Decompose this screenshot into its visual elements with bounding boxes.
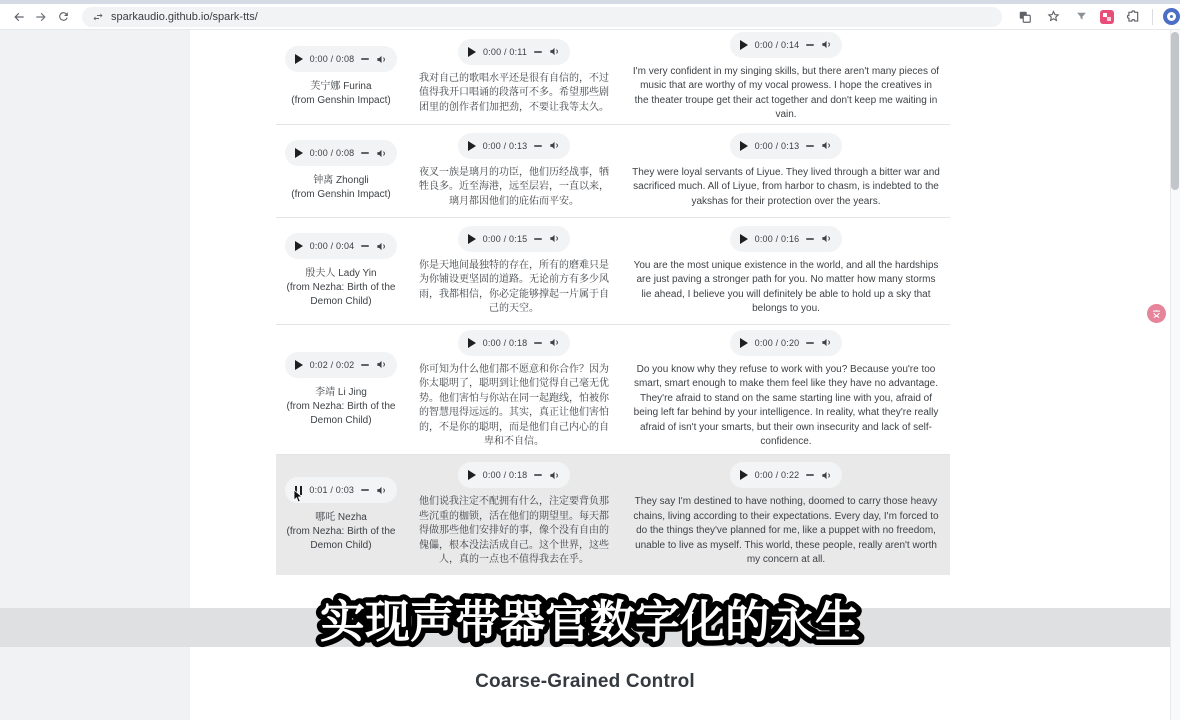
- play-icon[interactable]: [740, 470, 748, 480]
- english-sample-text: They were loyal servants of Liyue. They …: [632, 166, 940, 210]
- english-audio-player[interactable]: 0:00 / 0:22: [730, 462, 843, 488]
- volume-icon[interactable]: [376, 485, 387, 496]
- player-time: 0:00 / 0:18: [483, 470, 528, 480]
- speaker-name: 芙宁娜 Furina: [291, 80, 390, 94]
- bookmark-star-icon[interactable]: [1044, 8, 1062, 26]
- browser-chrome: sparkaudio.github.io/spark-tts/: [0, 0, 1180, 30]
- mouse-cursor: [293, 490, 304, 508]
- reload-icon: [57, 10, 70, 23]
- seek-bar[interactable]: [361, 364, 369, 366]
- page-viewport: 0:00 / 0:08 芙宁娜 Furina (from Genshin Imp…: [0, 30, 1180, 720]
- site-info-icon[interactable]: [92, 11, 104, 23]
- reference-audio-player[interactable]: 0:01 / 0:03: [285, 477, 397, 503]
- seek-bar[interactable]: [806, 474, 814, 476]
- volume-icon[interactable]: [821, 337, 832, 348]
- english-audio-player[interactable]: 0:00 / 0:16: [730, 226, 843, 252]
- play-icon[interactable]: [468, 338, 476, 348]
- speaker-name: 李靖 Li Jing: [286, 386, 396, 400]
- chinese-sample-text: 你是天地间最独特的存在，所有的磨难只是为你铺设更坚固的道路。无论前方有多少风雨，…: [416, 259, 612, 317]
- volume-icon[interactable]: [821, 233, 832, 244]
- back-button[interactable]: [8, 6, 30, 28]
- seek-bar[interactable]: [806, 44, 814, 46]
- play-icon[interactable]: [295, 241, 303, 251]
- seek-bar[interactable]: [534, 238, 542, 240]
- player-time: 0:00 / 0:16: [755, 234, 800, 244]
- english-audio-player[interactable]: 0:00 / 0:20: [730, 330, 843, 356]
- player-time: 0:00 / 0:04: [310, 241, 355, 251]
- player-time: 0:00 / 0:13: [755, 141, 800, 151]
- toolbar-right-cluster: [1016, 8, 1180, 26]
- scrollbar-thumb[interactable]: [1171, 32, 1179, 190]
- player-time: 0:00 / 0:14: [755, 40, 800, 50]
- player-time: 0:00 / 0:22: [755, 470, 800, 480]
- table-row: 0:00 / 0:08 芙宁娜 Furina (from Genshin Imp…: [276, 30, 950, 125]
- seek-bar[interactable]: [361, 245, 369, 247]
- volume-icon[interactable]: [821, 470, 832, 481]
- speaker-name: 殷夫人 Lady Yin: [286, 267, 396, 281]
- volume-icon[interactable]: [376, 241, 387, 252]
- volume-icon[interactable]: [376, 148, 387, 159]
- table-row: 0:02 / 0:02 李靖 Li Jing (from Nezha: Birt…: [276, 325, 950, 455]
- voice-cloning-section: 0:00 / 0:08 芙宁娜 Furina (from Genshin Imp…: [190, 30, 1170, 608]
- translate-float-badge[interactable]: [1147, 304, 1166, 323]
- coarse-grained-section: Coarse-Grained Control: [190, 647, 1170, 720]
- chinese-audio-player[interactable]: 0:00 / 0:15: [458, 226, 571, 252]
- play-icon[interactable]: [295, 54, 303, 64]
- seek-bar[interactable]: [361, 58, 369, 60]
- player-time: 0:01 / 0:03: [309, 485, 354, 495]
- table-row: 0:01 / 0:03 哪吒 Nezha (from Nezha: Birth …: [276, 455, 950, 575]
- player-time: 0:00 / 0:15: [483, 234, 528, 244]
- english-sample-text: Do you know why they refuse to work with…: [632, 363, 940, 450]
- translate-icon[interactable]: [1016, 8, 1034, 26]
- forward-arrow-icon: [34, 10, 48, 24]
- chinese-audio-player[interactable]: 0:00 / 0:11: [458, 39, 570, 65]
- seek-bar[interactable]: [534, 51, 542, 53]
- volume-icon[interactable]: [821, 39, 832, 50]
- browser-toolbar: sparkaudio.github.io/spark-tts/: [0, 4, 1180, 30]
- translate-glyph-icon: [1151, 308, 1162, 319]
- seek-bar[interactable]: [534, 342, 542, 344]
- forward-button[interactable]: [30, 6, 52, 28]
- volume-icon[interactable]: [376, 54, 387, 65]
- chinese-sample-text: 他们说我注定不配拥有什么，注定要背负那些沉重的枷锁，活在他们的期望里。每天都得做…: [416, 495, 612, 568]
- play-icon[interactable]: [740, 234, 748, 244]
- speaker-origin: (from Genshin Impact): [291, 188, 390, 202]
- pink-extension-icon[interactable]: [1100, 10, 1114, 24]
- chinese-audio-player[interactable]: 0:00 / 0:13: [458, 133, 571, 159]
- seek-bar[interactable]: [361, 152, 369, 154]
- play-icon[interactable]: [740, 141, 748, 151]
- seek-bar[interactable]: [534, 145, 542, 147]
- speaker-origin: (from Genshin Impact): [291, 94, 390, 108]
- reference-audio-player[interactable]: 0:00 / 0:04: [285, 233, 398, 259]
- volume-icon[interactable]: [549, 46, 560, 57]
- section-heading: Coarse-Grained Control: [190, 671, 980, 693]
- seek-bar[interactable]: [361, 489, 369, 491]
- english-sample-text: They say I'm destined to have nothing, d…: [632, 495, 940, 568]
- play-icon[interactable]: [295, 360, 303, 370]
- player-time: 0:00 / 0:11: [483, 47, 527, 57]
- play-icon[interactable]: [468, 470, 476, 480]
- play-icon[interactable]: [468, 47, 476, 57]
- reference-audio-player[interactable]: 0:00 / 0:08: [285, 46, 398, 72]
- volume-icon[interactable]: [549, 140, 560, 151]
- extensions-puzzle-icon[interactable]: [1124, 8, 1142, 26]
- volume-icon[interactable]: [549, 337, 560, 348]
- player-time: 0:00 / 0:20: [755, 338, 800, 348]
- chinese-sample-text: 我对自己的歌唱水平还是很有自信的，不过值得我开口唱诵的段落可不多。希望那些剧团里…: [416, 72, 612, 116]
- url-text[interactable]: sparkaudio.github.io/spark-tts/: [111, 11, 258, 23]
- speaker-origin: (from Nezha: Birth of the Demon Child): [286, 400, 396, 428]
- profile-avatar[interactable]: [1163, 8, 1180, 25]
- speaker-name: 钟离 Zhongli: [291, 174, 390, 188]
- seek-bar[interactable]: [806, 238, 814, 240]
- play-icon[interactable]: [740, 40, 748, 50]
- seek-bar[interactable]: [806, 342, 814, 344]
- chinese-sample-text: 夜叉一族是璃月的功臣，他们历经战事，牺牲良多。近至海港，远至层岩，一直以来，璃月…: [416, 166, 612, 210]
- reference-audio-player[interactable]: 0:00 / 0:08: [285, 140, 398, 166]
- english-audio-player[interactable]: 0:00 / 0:13: [730, 133, 843, 159]
- speaker-name: 哪吒 Nezha: [286, 511, 396, 525]
- reload-button[interactable]: [52, 6, 74, 28]
- english-sample-text: You are the most unique existence in the…: [632, 259, 940, 317]
- play-icon[interactable]: [468, 141, 476, 151]
- volume-icon[interactable]: [376, 359, 387, 370]
- chinese-audio-player[interactable]: 0:00 / 0:18: [458, 462, 571, 488]
- speaker-origin: (from Nezha: Birth of the Demon Child): [286, 281, 396, 309]
- filter-extension-icon[interactable]: [1072, 8, 1090, 26]
- scrollbar[interactable]: [1170, 30, 1180, 720]
- player-time: 0:00 / 0:08: [310, 54, 355, 64]
- samples-table: 0:00 / 0:08 芙宁娜 Furina (from Genshin Imp…: [276, 30, 950, 575]
- url-bar[interactable]: sparkaudio.github.io/spark-tts/: [82, 7, 1002, 27]
- table-row: 0:00 / 0:08 钟离 Zhongli (from Genshin Imp…: [276, 125, 950, 218]
- player-time: 0:02 / 0:02: [310, 360, 355, 370]
- toolbar-separator: [1152, 9, 1153, 25]
- player-time: 0:00 / 0:08: [310, 148, 355, 158]
- reference-audio-player[interactable]: 0:02 / 0:02: [285, 352, 398, 378]
- player-time: 0:00 / 0:18: [483, 338, 528, 348]
- section-gap-background: [0, 608, 1170, 647]
- volume-icon[interactable]: [549, 233, 560, 244]
- chinese-audio-player[interactable]: 0:00 / 0:18: [458, 330, 571, 356]
- play-icon[interactable]: [740, 338, 748, 348]
- speaker-origin: (from Nezha: Birth of the Demon Child): [286, 525, 396, 553]
- play-icon[interactable]: [295, 148, 303, 158]
- volume-icon[interactable]: [821, 140, 832, 151]
- english-audio-player[interactable]: 0:00 / 0:14: [730, 32, 843, 58]
- table-row: 0:00 / 0:04 殷夫人 Lady Yin (from Nezha: Bi…: [276, 218, 950, 325]
- player-time: 0:00 / 0:13: [483, 141, 528, 151]
- volume-icon[interactable]: [549, 470, 560, 481]
- english-sample-text: I'm very confident in my singing skills,…: [632, 65, 940, 123]
- back-arrow-icon: [12, 10, 26, 24]
- seek-bar[interactable]: [534, 474, 542, 476]
- seek-bar[interactable]: [806, 145, 814, 147]
- play-icon[interactable]: [468, 234, 476, 244]
- chinese-sample-text: 你可知为什么他们都不愿意和你合作？因为你太聪明了，聪明到让他们觉得自己毫无优势。…: [416, 363, 612, 450]
